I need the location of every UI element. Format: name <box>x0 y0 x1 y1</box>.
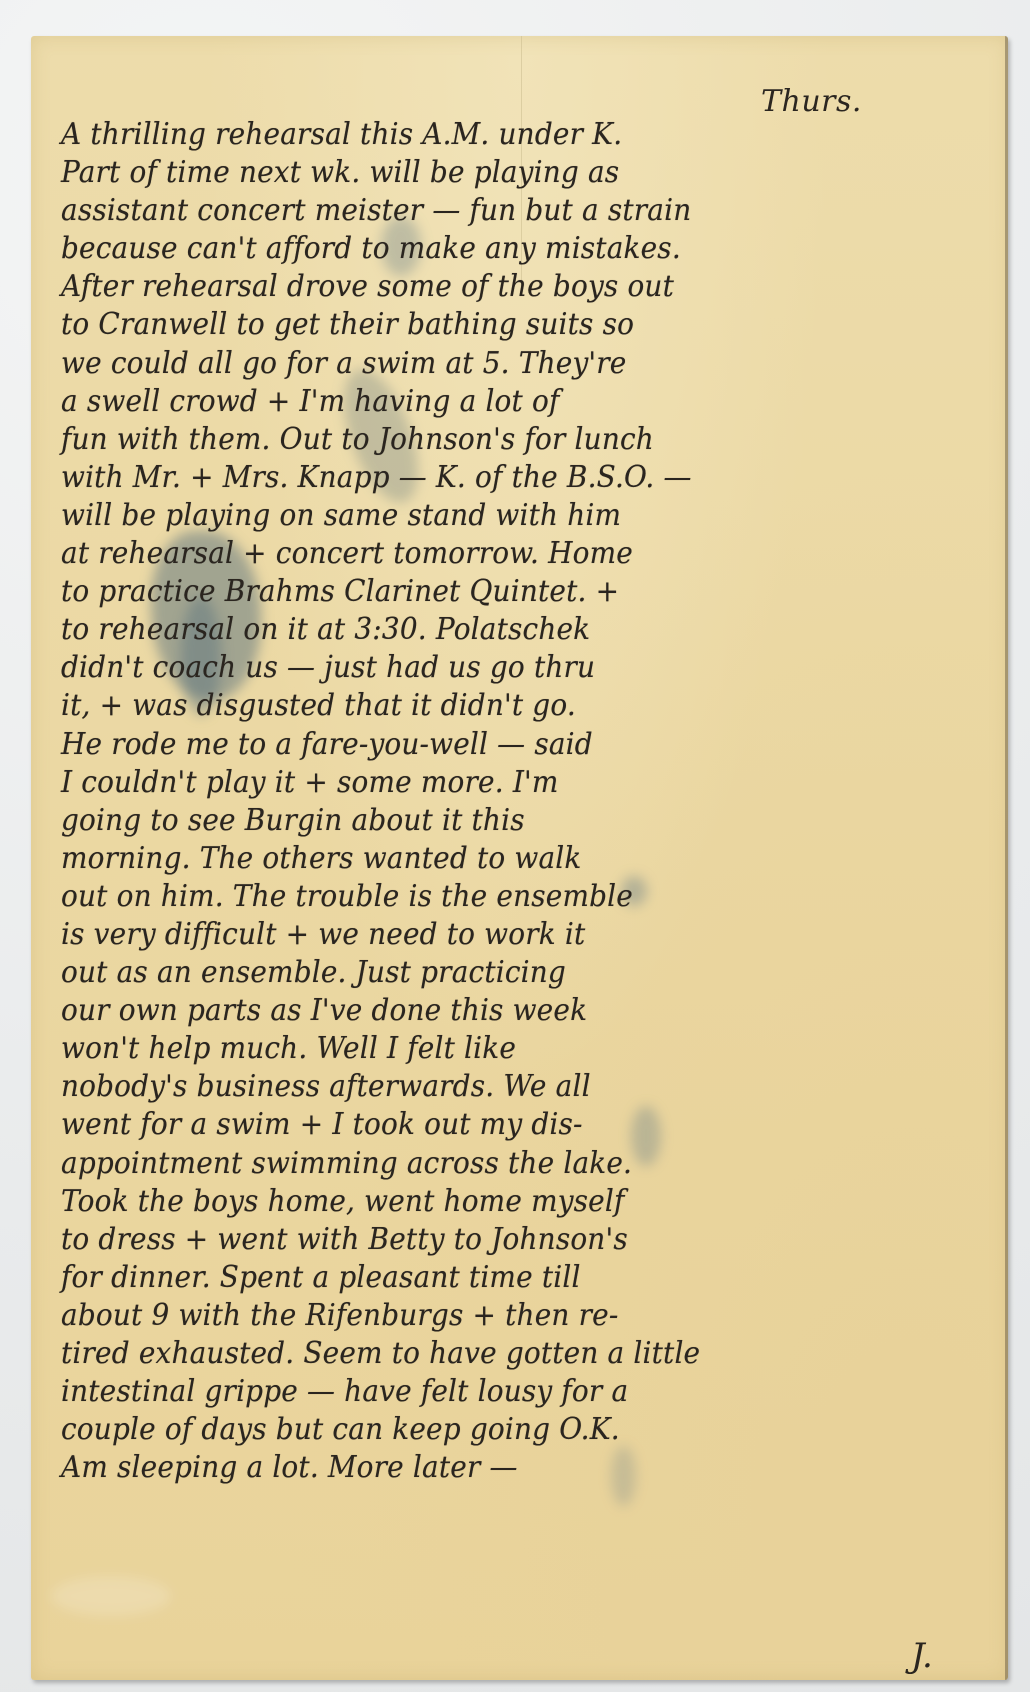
message-line: morning. The others wanted to walk <box>61 840 935 878</box>
message-line: to dress + went with Betty to Johnson's <box>61 1221 935 1259</box>
message-line: tired exhausted. Seem to have gotten a l… <box>61 1335 935 1373</box>
message-line: won't help much. Well I felt like <box>61 1030 935 1068</box>
message-line: nobody's business afterwards. We all <box>61 1068 935 1106</box>
message-line: we could all go for a swim at 5. They're <box>61 345 935 383</box>
signature-initial: J. <box>911 1636 933 1676</box>
message-line: intestinal grippe — have felt lousy for … <box>61 1373 935 1411</box>
message-line: it, + was disgusted that it didn't go. <box>61 687 935 725</box>
message-line: because can't afford to make any mistake… <box>61 230 935 268</box>
message-line: a swell crowd + I'm having a lot of <box>61 383 935 421</box>
message-line: going to see Burgin about it this <box>61 802 935 840</box>
message-line: to practice Brahms Clarinet Quintet. + <box>61 573 935 611</box>
message-line: went for a swim + I took out my dis- <box>61 1106 935 1144</box>
message-line: fun with them. Out to Johnson's for lunc… <box>61 421 935 459</box>
message-line: at rehearsal + concert tomorrow. Home <box>61 535 935 573</box>
message-line: is very difficult + we need to work it <box>61 916 935 954</box>
message-line: couple of days but can keep going O.K. <box>61 1411 935 1449</box>
message-line: out as an ensemble. Just practicing <box>61 954 935 992</box>
message-line: to Cranwell to get their bathing suits s… <box>61 306 935 344</box>
message-line: our own parts as I've done this week <box>61 992 935 1030</box>
message-line: will be playing on same stand with him <box>61 497 935 535</box>
message-line: I couldn't play it + some more. I'm <box>61 764 935 802</box>
message-line: about 9 with the Rifenburgs + then re- <box>61 1297 935 1335</box>
message-line: A thrilling rehearsal this A.M. under K. <box>61 116 935 154</box>
message-line: out on him. The trouble is the ensemble <box>61 878 935 916</box>
message-line: for dinner. Spent a pleasant time till <box>61 1259 935 1297</box>
message-line: Part of time next wk. will be playing as <box>61 154 935 192</box>
date-heading: Thurs. <box>761 84 862 119</box>
message-line: Took the boys home, went home myself <box>61 1183 935 1221</box>
message-line: He rode me to a fare-you-well — said <box>61 726 935 764</box>
message-line: Am sleeping a lot. More later — <box>61 1449 935 1487</box>
message-line: with Mr. + Mrs. Knapp — K. of the B.S.O.… <box>61 459 935 497</box>
handwritten-message: A thrilling rehearsal this A.M. under K.… <box>61 116 1001 1487</box>
message-line: to rehearsal on it at 3:30. Polatschek <box>61 611 935 649</box>
postcard: Thurs. A thrilling rehearsal this A.M. u… <box>31 36 1008 1680</box>
message-line: didn't coach us — just had us go thru <box>61 649 935 687</box>
message-line: After rehearsal drove some of the boys o… <box>61 268 935 306</box>
paper-wear-mark <box>51 1576 171 1616</box>
message-line: appointment swimming across the lake. <box>61 1145 935 1183</box>
message-line: assistant concert meister — fun but a st… <box>61 192 935 230</box>
